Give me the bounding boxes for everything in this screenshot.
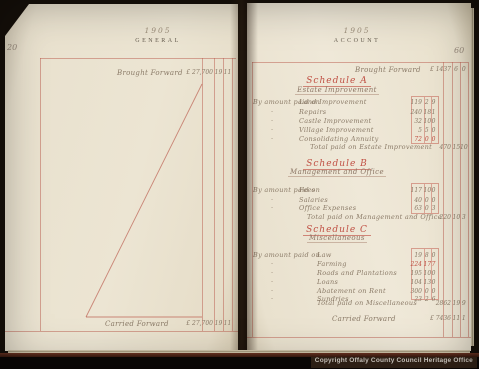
watermark: Copyright Offaly County Council Heritage… [311,357,477,368]
amount-shillings: 10 [424,270,431,277]
amount-pence: 0 [431,270,437,277]
amount-pence: 11 [224,69,232,76]
amount-pence: 11 [224,320,232,327]
ditto-mark: · [271,287,273,295]
ditto-mark: · [271,278,273,286]
left-page-money-layer: £ 27,7001911£ 27,7001911 [5,4,238,351]
page-stack-edge-right [471,8,474,346]
left-page: 1905 GENERAL 20 Brought Forward Carried … [5,4,238,351]
item-label: Law [317,251,332,259]
amount-pounds: 104 [390,279,422,286]
right-page: 1905 ACCOUNT 60 Brought Forward Carried … [247,3,471,351]
amount-pounds: £ 27,700 [153,320,213,327]
item-label: Loans [317,278,338,286]
amount-pounds: 195 [390,270,422,277]
amount-shillings: 19 [215,320,223,327]
item-label: Farming [317,260,347,268]
amount-pence: 0 [431,279,437,286]
amount-pounds: 300 [390,288,422,295]
amount-pounds: 2862 [399,300,451,307]
item-label: Abatement on Rent [317,287,386,295]
amount-shillings: 8 [424,252,431,259]
ledger-scan: 1905 GENERAL 20 Brought Forward Carried … [0,0,479,369]
amount-shillings: 0 [424,288,431,295]
amount-pence: 7 [431,261,437,268]
schedule-section: Schedule CMiscellaneousBy amount paid on… [247,3,471,351]
schedule-subtitle-text: Miscellaneous [307,234,367,243]
item-label: Roads and Plantations [317,269,397,277]
ditto-mark: · [271,269,273,277]
amount-pounds: 19 [390,252,422,259]
lead-text: By amount paid on [253,251,320,259]
amount-shillings: 19 [215,69,223,76]
schedule-subtitle: Miscellaneous [275,234,399,242]
right-page-content: £ 143760£ 7436111Schedule AEstate Improv… [247,3,471,351]
amount-pounds: 224 [390,261,422,268]
amount-shillings: 19 [453,300,460,307]
amount-pence: 9 [460,300,468,307]
ditto-mark: · [271,260,273,268]
amount-pence: 0 [431,252,437,259]
ditto-mark: · [271,295,273,303]
amount-shillings: 13 [424,279,431,286]
amount-shillings: 17 [424,261,431,268]
amount-pence: 0 [431,288,437,295]
amount-pounds: £ 27,700 [153,69,213,76]
